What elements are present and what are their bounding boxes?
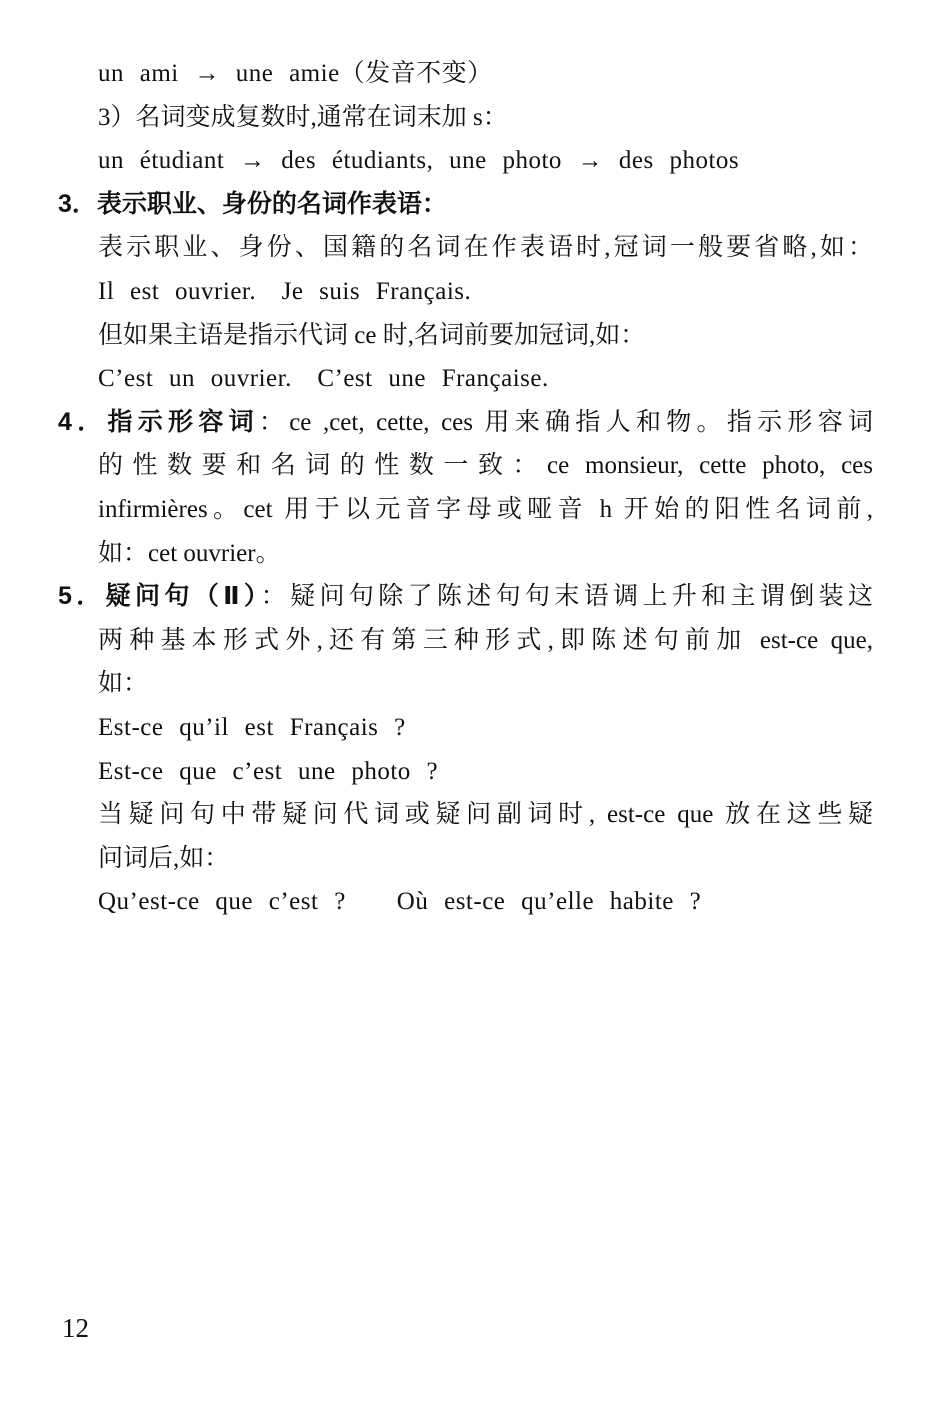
line-text: 如： bbox=[98, 670, 148, 697]
line-text: 3）名词变成复数时,通常在词末加 s： bbox=[98, 104, 508, 131]
para-section-4-line-3: infirmières。cet 用于以元音字母或哑音 h 开始的阳性名词前, bbox=[98, 488, 873, 532]
heading-text: 5．疑问句（Ⅱ） bbox=[58, 582, 261, 610]
para-section-5-line-2: 两种基本形式外,还有第三种形式,即陈述句前加 est-ce que, bbox=[98, 619, 873, 663]
line-text: Est-ce qu’il est Français ? bbox=[98, 714, 406, 741]
page-number: 12 bbox=[62, 1312, 89, 1344]
page-content: un ami → une amie（发音不变） 3）名词变成复数时,通常在词末加… bbox=[98, 52, 873, 924]
heading-section-3: 3．表示职业、身份的名词作表语： bbox=[58, 183, 873, 227]
line-text: 的性数要和名词的性数一致：ce monsieur, cette photo, c… bbox=[98, 452, 873, 479]
para-section-4-line-4: 如：cet ouvrier。 bbox=[98, 532, 873, 576]
para-ce-article-rule: 但如果主语是指示代词 ce 时,名词前要加冠词,如： bbox=[98, 314, 873, 358]
line-text: 问词后,如： bbox=[98, 845, 229, 872]
heading-section-5: 5．疑问句（Ⅱ）：疑问句除了陈述句句末语调上升和主谓倒装这 bbox=[58, 575, 873, 619]
example-un-etudiant: un étudiant → des étudiants, une photo →… bbox=[98, 139, 873, 183]
line-text: Il est ouvrier. Je suis Français. bbox=[98, 278, 471, 305]
heading-text: 3．表示职业、身份的名词作表语： bbox=[58, 190, 447, 218]
line-text: 如：cet ouvrier。 bbox=[98, 540, 281, 567]
heading-text: 4．指示形容词 bbox=[58, 408, 259, 436]
line-text: Est-ce que c’est une photo ? bbox=[98, 758, 438, 785]
line-text: 当疑问句中带疑问代词或疑问副词时, est-ce que 放在这些疑 bbox=[98, 801, 873, 828]
para-section-3-rule: 表示职业、身份、国籍的名词在作表语时,冠词一般要省略,如： bbox=[98, 226, 873, 270]
para-est-ce-que-rule-2: 问词后,如： bbox=[98, 837, 873, 881]
line-text: infirmières。cet 用于以元音字母或哑音 h 开始的阳性名词前, bbox=[98, 496, 873, 523]
line-text: un étudiant → des étudiants, une photo →… bbox=[98, 147, 739, 174]
para-est-ce-que-rule-1: 当疑问句中带疑问代词或疑问副词时, est-ce que 放在这些疑 bbox=[98, 793, 873, 837]
line-text: ：ce ,cet, cette, ces 用来确指人和物。指示形容词 bbox=[259, 409, 873, 436]
example-il-est-ouvrier: Il est ouvrier. Je suis Français. bbox=[98, 270, 873, 314]
line-text: ：疑问句除了陈述句句末语调上升和主谓倒装这 bbox=[261, 583, 873, 610]
line-text: C’est un ouvrier. C’est une Française. bbox=[98, 365, 549, 392]
textbook-page: un ami → une amie（发音不变） 3）名词变成复数时,通常在词末加… bbox=[0, 0, 932, 1413]
example-un-ami: un ami → une amie（发音不变） bbox=[98, 52, 873, 96]
heading-section-4: 4．指示形容词：ce ,cet, cette, ces 用来确指人和物。指示形容… bbox=[58, 401, 873, 445]
line-text: 但如果主语是指示代词 ce 时,名词前要加冠词,如： bbox=[98, 322, 645, 349]
line-text: un ami → une amie（发音不变） bbox=[98, 60, 493, 87]
para-section-4-line-2: 的性数要和名词的性数一致：ce monsieur, cette photo, c… bbox=[98, 444, 873, 488]
rule-plural-nouns: 3）名词变成复数时,通常在词末加 s： bbox=[98, 96, 873, 140]
example-quest-ce-que: Qu’est-ce que c’est ? Où est-ce qu’elle … bbox=[98, 880, 873, 924]
example-cest-un-ouvrier: C’est un ouvrier. C’est une Française. bbox=[98, 357, 873, 401]
example-est-ce-que-cest: Est-ce que c’est une photo ? bbox=[98, 750, 873, 794]
para-section-5-line-3: 如： bbox=[98, 662, 873, 706]
line-text: Qu’est-ce que c’est ? Où est-ce qu’elle … bbox=[98, 888, 701, 915]
example-est-ce-quil: Est-ce qu’il est Français ? bbox=[98, 706, 873, 750]
line-text: 表示职业、身份、国籍的名词在作表语时,冠词一般要省略,如： bbox=[98, 234, 873, 261]
line-text: 两种基本形式外,还有第三种形式,即陈述句前加 est-ce que, bbox=[98, 627, 873, 654]
